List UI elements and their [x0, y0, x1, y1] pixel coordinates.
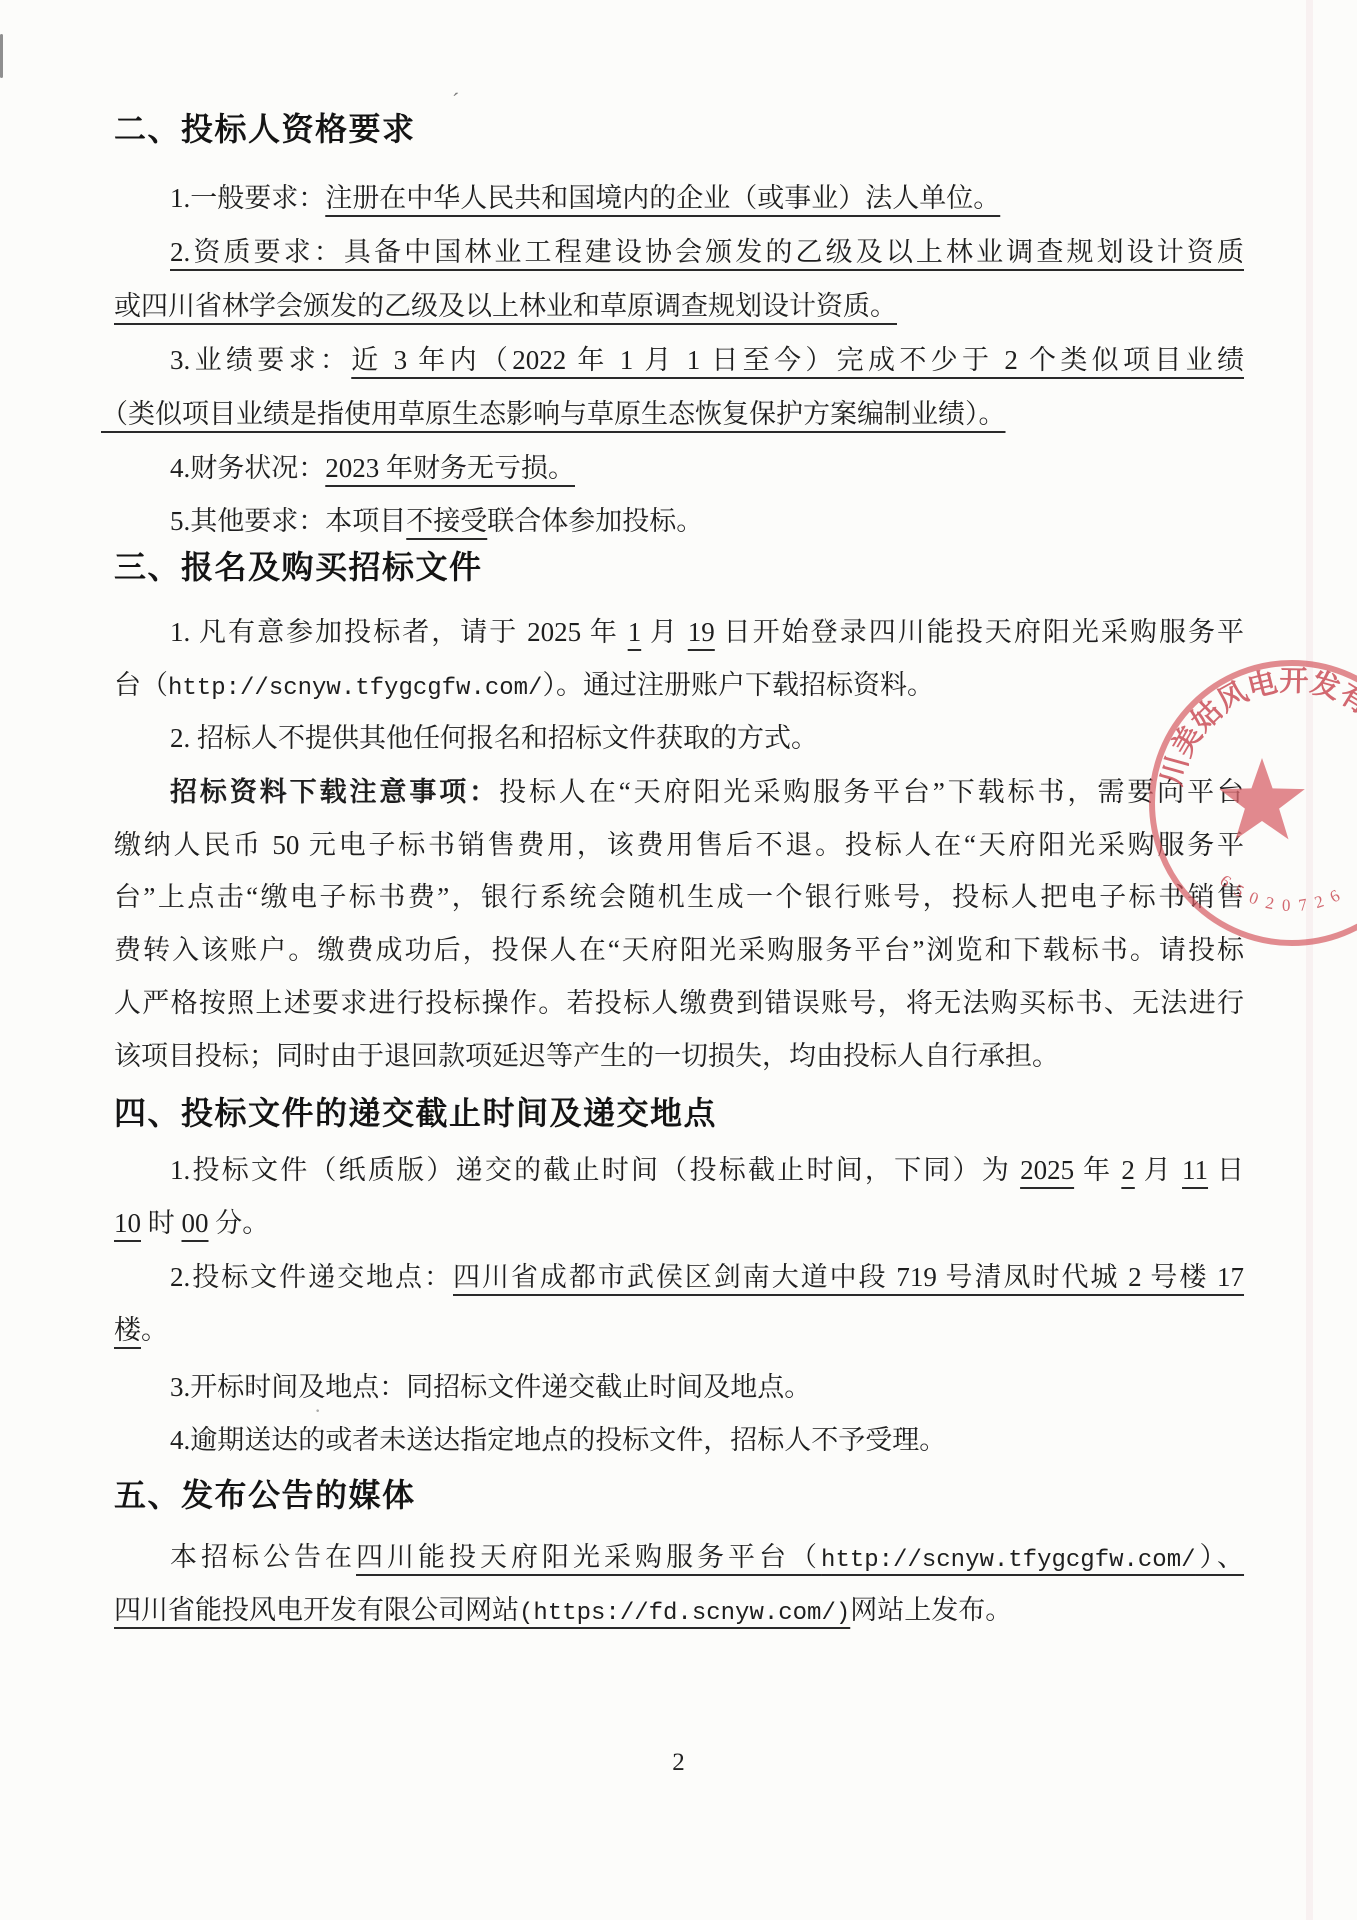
deadline-line1: 1.投标文件（纸质版）递交的截止时间（投标截止时间，下同）为 2025 年 2 … — [114, 1143, 1244, 1197]
general-requirement-line: 1.一般要求：注册在中华人民共和国境内的企业（或事业）法人单位。 — [114, 171, 1244, 225]
plain-text: 月 — [1135, 1155, 1182, 1185]
announcement-media-line2: 四川省能投风电开发有限公司网站(https://fd.scnyw.com/)网站… — [114, 1583, 1244, 1637]
underlined-company-site: 四川省能投风电开发有限公司网站(https://fd.scnyw.com/) — [114, 1595, 850, 1625]
underlined-text: 不接受 — [406, 506, 487, 536]
underlined-minute: 00 — [182, 1208, 209, 1238]
plain-text: 1.投标文件（纸质版）递交的截止时间（投标截止时间，下同）为 — [170, 1155, 1020, 1185]
plain-text: 日开始登录四川能投天府阳光采购服务平 — [715, 617, 1244, 647]
underlined-hour: 10 — [114, 1208, 141, 1238]
download-note-line5: 人严格按照上述要求进行投标操作。若投标人缴费到错误账号，将无法购买标书、无法进行 — [114, 976, 1244, 1030]
underlined-day: 11 — [1182, 1155, 1208, 1185]
page-number: 2 — [0, 1736, 1357, 1790]
plain-text: 1. 凡有意参加投标者，请于 2025 年 — [170, 617, 628, 647]
download-note-line1: 招标资料下载注意事项：投标人在“天府阳光采购服务平台”下载标书，需要向平台 — [114, 765, 1244, 819]
scan-edge-artifact — [0, 34, 3, 78]
plain-text: 日 — [1208, 1155, 1244, 1185]
plain-text: 投标人在“天府阳光采购服务平台”下载标书，需要向平台 — [499, 777, 1244, 807]
download-note-line2: 缴纳人民币 50 元电子标书销售费用，该费用售后不退。投标人在“天府阳光采购服务… — [114, 818, 1244, 872]
underlined-month: 2 — [1121, 1155, 1135, 1185]
item-label: 3.业绩要求： — [170, 345, 351, 375]
plain-text: 时 — [141, 1208, 182, 1238]
item-label: 4.财务状况： — [170, 453, 325, 483]
plain-text: 。 — [141, 1315, 168, 1345]
delivery-address-line1: 2.投标文件递交地点：四川省成都市武侯区剑南大道中段 719 号清凤时代城 2 … — [114, 1250, 1244, 1304]
plain-text: 年 — [1074, 1155, 1121, 1185]
no-other-method-line: 2. 招标人不提供其他任何报名和招标文件获取的方式。 — [114, 711, 1244, 765]
late-delivery-line: 4.逾期送达的或者未送达指定地点的投标文件，招标人不予受理。 — [114, 1413, 1244, 1467]
download-note-line6: 该项目投标；同时由于退回款项延迟等产生的一切损失，均由投标人自行承担。 — [114, 1029, 1244, 1083]
plain-text: 联合体参加投标。 — [487, 506, 703, 536]
plain-text: 台（ — [114, 670, 168, 700]
underlined-text: 注册在中华人民共和国境内的企业（或事业）法人单位。 — [325, 183, 1000, 213]
performance-requirement-line2: （类似项目业绩是指使用草原生态影响与草原生态恢复保护方案编制业绩）。 — [114, 387, 1244, 441]
plain-text: 本招标公告在 — [170, 1542, 356, 1572]
underlined-date-day: 19 — [688, 617, 715, 647]
announcement-media-line1: 本招标公告在四川能投天府阳光采购服务平台（http://scnyw.tfygcg… — [114, 1530, 1244, 1584]
deadline-line2: 10 时 00 分。 — [114, 1196, 1244, 1250]
registration-line1: 1. 凡有意参加投标者，请于 2025 年 1 月 19 日开始登录四川能投天府… — [114, 605, 1244, 659]
section5-heading: 五、发布公告的媒体 — [114, 1468, 1244, 1522]
plain-text: 月 — [641, 617, 688, 647]
underlined-address-end: 楼 — [114, 1315, 141, 1345]
platform-name: 四川能投天府阳光采购服务平台（ — [356, 1542, 821, 1572]
plain-text: ）、 — [1196, 1542, 1245, 1572]
qualification-requirement-line1: 2.资质要求：具备中国林业工程建设协会颁发的乙级及以上林业调查规划设计资质 — [114, 225, 1244, 279]
underlined-text: 近 3 年内（2022 年 1 月 1 日至今）完成不少于 2 个类似项目业绩 — [351, 345, 1244, 375]
note-bold-label: 招标资料下载注意事项： — [170, 777, 499, 807]
registration-line2: 台（http://scnyw.tfygcgfw.com/）。通过注册账户下载招标… — [114, 658, 1244, 712]
performance-requirement-line1: 3.业绩要求：近 3 年内（2022 年 1 月 1 日至今）完成不少于 2 个… — [114, 333, 1244, 387]
item-label: 5.其他要求：本项目 — [170, 506, 406, 536]
section2-heading: 二、投标人资格要求 — [114, 102, 1244, 156]
company-site-name: 四川省能投风电开发有限公司网站 — [114, 1595, 519, 1625]
plain-text: ）。通过注册账户下载招标资料。 — [542, 670, 934, 700]
item-label: 2.投标文件递交地点： — [170, 1262, 453, 1292]
company-site-url: (https://fd.scnyw.com/) — [519, 1600, 850, 1627]
scanner-stripe-artifact — [1306, 0, 1313, 1920]
underlined-text: 2.资质要求：具备中国林业工程建设协会颁发的乙级及以上林业调查规划设计资质 — [170, 237, 1244, 267]
section4-heading: 四、投标文件的递交截止时间及递交地点 — [114, 1086, 1244, 1140]
underlined-year: 2025 — [1020, 1155, 1074, 1185]
plain-text: 分。 — [209, 1208, 270, 1238]
delivery-address-line2: 楼。 — [114, 1303, 1244, 1357]
underlined-text: 或四川省林学会颁发的乙级及以上林业和草原调查规划设计资质。 — [114, 291, 897, 321]
underlined-date-month: 1 — [628, 617, 642, 647]
qualification-requirement-line2: 或四川省林学会颁发的乙级及以上林业和草原调查规划设计资质。 — [114, 279, 1244, 333]
plain-text: 网站上发布。 — [850, 1595, 1012, 1625]
underlined-text: 2023 年财务无亏损。 — [325, 453, 575, 483]
underlined-platform: 四川能投天府阳光采购服务平台（http://scnyw.tfygcgfw.com… — [356, 1542, 1244, 1572]
download-note-line3: 台”上点击“缴电子标书费”，银行系统会随机生成一个银行账号，投标人把电子标书销售 — [114, 870, 1244, 924]
item-label: 1.一般要求： — [170, 183, 325, 213]
download-note-line4: 费转入该账户。缴费成功后，投保人在“天府阳光采购服务平台”浏览和下载标书。请投标 — [114, 923, 1244, 977]
underlined-text: （类似项目业绩是指使用草原生态影响与草原生态恢复保护方案编制业绩）。 — [101, 399, 1006, 429]
platform-url: http://scnyw.tfygcgfw.com/ — [821, 1547, 1195, 1574]
underlined-address: 四川省成都市武侯区剑南大道中段 719 号清凤时代城 2 号楼 17 — [453, 1262, 1244, 1292]
platform-url: http://scnyw.tfygcgfw.com/ — [168, 675, 542, 702]
scanned-tender-document-page: ˊ · 二、投标人资格要求 1.一般要求：注册在中华人民共和国境内的企业（或事业… — [0, 0, 1357, 1920]
financial-status-line: 4.财务状况：2023 年财务无亏损。 — [114, 441, 1244, 495]
bid-opening-line: 3.开标时间及地点：同招标文件递交截止时间及地点。 — [114, 1360, 1244, 1414]
section3-heading: 三、报名及购买招标文件 — [114, 540, 1244, 594]
